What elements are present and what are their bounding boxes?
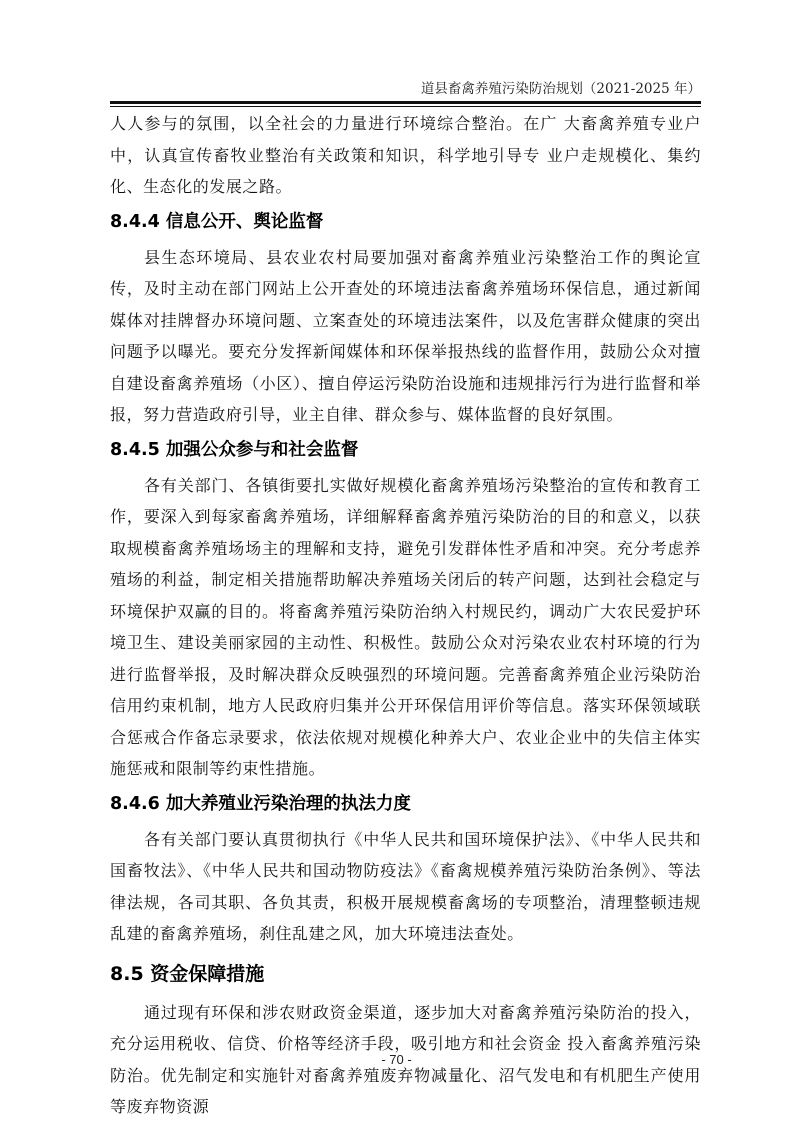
intro-paragraph: 人人参与的氛围，以全社会的力量进行环境综合整治。在广 大畜禽养殖专业户中，认真宣… <box>110 108 701 203</box>
page-body: 人人参与的氛围，以全社会的力量进行环境综合整治。在广 大畜禽养殖专业户中，认真宣… <box>110 106 701 1122</box>
section-heading-8-4-4: 8.4.4 信息公开、舆论监督 <box>110 212 701 232</box>
section-8-4-4-paragraph: 县生态环境局、县农业农村局要加强对畜禽养殖业污染整治工作的舆论宣传，及时主动在部… <box>110 242 701 431</box>
section-heading-8-5: 8.5 资金保障措施 <box>110 963 701 985</box>
section-heading-8-4-5: 8.4.5 加强公众参与和社会监督 <box>110 440 701 460</box>
section-8-4-5-paragraph: 各有关部门、各镇街要扎实做好规模化畜禽养殖场污染整治的宣传和教育工作，要深入到每… <box>110 470 701 785</box>
section-8-4-6-paragraph: 各有关部门要认真贯彻执行《中华人民共和国环境保护法》、《中华人民共和国畜牧法》、… <box>110 824 701 950</box>
running-header: 道县畜禽养殖污染防治规划（2021-2025 年） <box>110 80 701 98</box>
section-heading-8-4-6: 8.4.6 加大养殖业污染治理的执法力度 <box>110 794 701 814</box>
page-number: - 70 - <box>0 1052 793 1067</box>
